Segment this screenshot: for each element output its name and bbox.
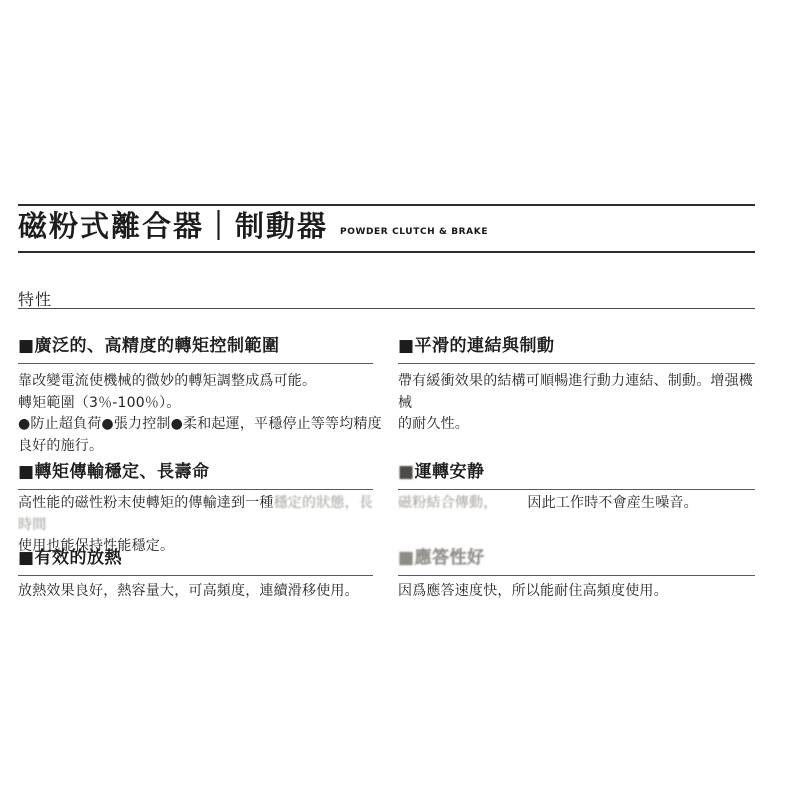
- feature-heading-stable-torque: ■轉矩傳輸穩定、長壽命: [18, 457, 373, 490]
- feature-heading-torque-range: ■廣泛的、高精度的轉矩控制範圍: [18, 331, 373, 364]
- body-text: 因此工作時不會産生噪音。: [527, 495, 697, 511]
- title-underline-rule: [18, 251, 755, 253]
- feature-body-torque-range: 靠改變電流使機械的微妙的轉矩調整成爲可能。 轉矩範圍（3％-100％）。 ●防止…: [18, 371, 384, 457]
- page-header: 磁粉式離合器｜制動器 POWDER CLUTCH & BRAKE: [18, 208, 488, 244]
- page-title: 磁粉式離合器｜制動器: [18, 208, 328, 244]
- body-line: 因爲應答速度快，所以能耐住高頻度使用。: [398, 581, 766, 603]
- feature-body-smooth-engagement: 帶有緩衝效果的結構可順暢進行動力連結、制動。增强機械 的耐久性。: [398, 371, 766, 436]
- body-line: 轉矩範圍（3％-100％）。: [18, 393, 384, 415]
- body-line: 靠改變電流使機械的微妙的轉矩調整成爲可能。: [18, 371, 384, 393]
- page-title-english: POWDER CLUTCH & BRAKE: [340, 227, 488, 237]
- heading-text: 運轉安静: [415, 462, 485, 482]
- feature-heading-smooth-engagement: ■平滑的連結與制動: [398, 331, 755, 364]
- top-rule: [18, 204, 755, 206]
- body-line: 放熱效果良好，熱容量大，可高頻度，連續滑移使用。: [18, 581, 384, 603]
- feature-body-heat-dissipation: 放熱效果良好，熱容量大，可高頻度，連續滑移使用。: [18, 581, 384, 603]
- body-line: 的耐久性。: [398, 414, 766, 436]
- feature-heading-heat-dissipation: ■有效的放熱: [18, 543, 373, 576]
- faded-heading-text: ■應答性好: [398, 548, 485, 568]
- feature-heading-fast-response: ■應答性好: [398, 543, 755, 576]
- body-line: 磁粉結合傳動，因此工作時不會産生噪音。: [398, 493, 766, 515]
- faded-body-text: 磁粉結合傳動，: [398, 495, 497, 511]
- feature-body-quiet-operation: 磁粉結合傳動，因此工作時不會産生噪音。: [398, 493, 766, 515]
- body-text: 高性能的磁性粉末使轉矩的傳輸達到一種: [18, 495, 274, 511]
- square-bullet-icon: ■: [398, 462, 415, 482]
- body-line: 良好的施行。: [18, 436, 384, 458]
- feature-heading-quiet-operation: ■運轉安静: [398, 457, 755, 490]
- section-rule: [18, 308, 755, 309]
- section-label: 特性: [18, 287, 52, 310]
- body-line: 帶有緩衝效果的結構可順暢進行動力連結、制動。增强機械: [398, 371, 766, 414]
- catalog-page: 磁粉式離合器｜制動器 POWDER CLUTCH & BRAKE 特性 ■廣泛的…: [0, 0, 800, 800]
- body-line: ●防止超負荷●張力控制●柔和起運，平穩停止等等均精度: [18, 414, 384, 436]
- feature-body-fast-response: 因爲應答速度快，所以能耐住高頻度使用。: [398, 581, 766, 603]
- body-line: 高性能的磁性粉末使轉矩的傳輸達到一種穩定的狀態，長時間: [18, 493, 384, 536]
